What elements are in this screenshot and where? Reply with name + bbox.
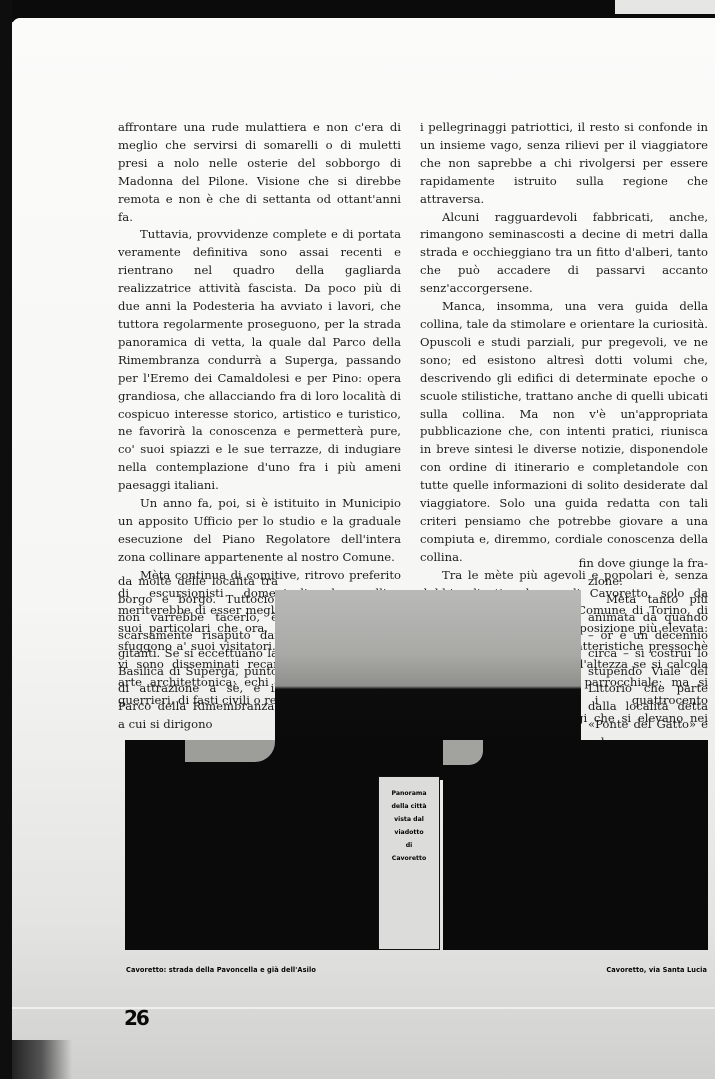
caption-line: viadotto [379, 826, 439, 839]
right-tail-line: fin dove giunge la fra- [420, 555, 708, 573]
photo-sky [443, 740, 483, 765]
fold-line [12, 1007, 715, 1009]
scan-border-top-right [615, 0, 715, 14]
paragraph: Un anno fa, poi, si è istituito in Munic… [118, 495, 401, 567]
panorama-caption-box: Panorama della città vista dal viadotto … [378, 776, 440, 950]
photo-sky [185, 740, 275, 762]
scan-border-left [0, 0, 12, 1079]
photo-via-santa-lucia [443, 740, 708, 950]
paragraph: Alcuni ragguardevoli fabbricati, anche, … [420, 209, 708, 299]
photo-connector [425, 740, 445, 780]
page-number: 26 [124, 1006, 148, 1030]
photo-panorama [275, 590, 581, 750]
caption-line: Panorama [379, 787, 439, 800]
scan-shadow [12, 1040, 72, 1079]
paragraph: Mèta tanto più animata da quando – or è … [588, 591, 708, 752]
paragraph: Tuttavia, provvidenze complete e di port… [118, 226, 401, 495]
photo-caption-left: Cavoretto: strada della Pavoncella e già… [126, 966, 316, 974]
caption-line: vista dal [379, 813, 439, 826]
paragraph: Manca, insomma, una vera guida della col… [420, 298, 708, 567]
caption-line: Cavoretto [379, 852, 439, 865]
paragraph: affrontare una rude mulattiera e non c'e… [118, 119, 401, 226]
photo-caption-right: Cavoretto, via Santa Lucia [606, 966, 707, 974]
left-narrow-text: da molte delle località tra borgo e borg… [118, 573, 278, 734]
paragraph: i pellegrinaggi patriottici, il resto si… [420, 119, 708, 209]
caption-line: della città [379, 800, 439, 813]
right-narrow-text: zione. Mèta tanto più animata da quando … [588, 573, 708, 752]
caption-line: di [379, 839, 439, 852]
paragraph: zione. [588, 573, 708, 591]
